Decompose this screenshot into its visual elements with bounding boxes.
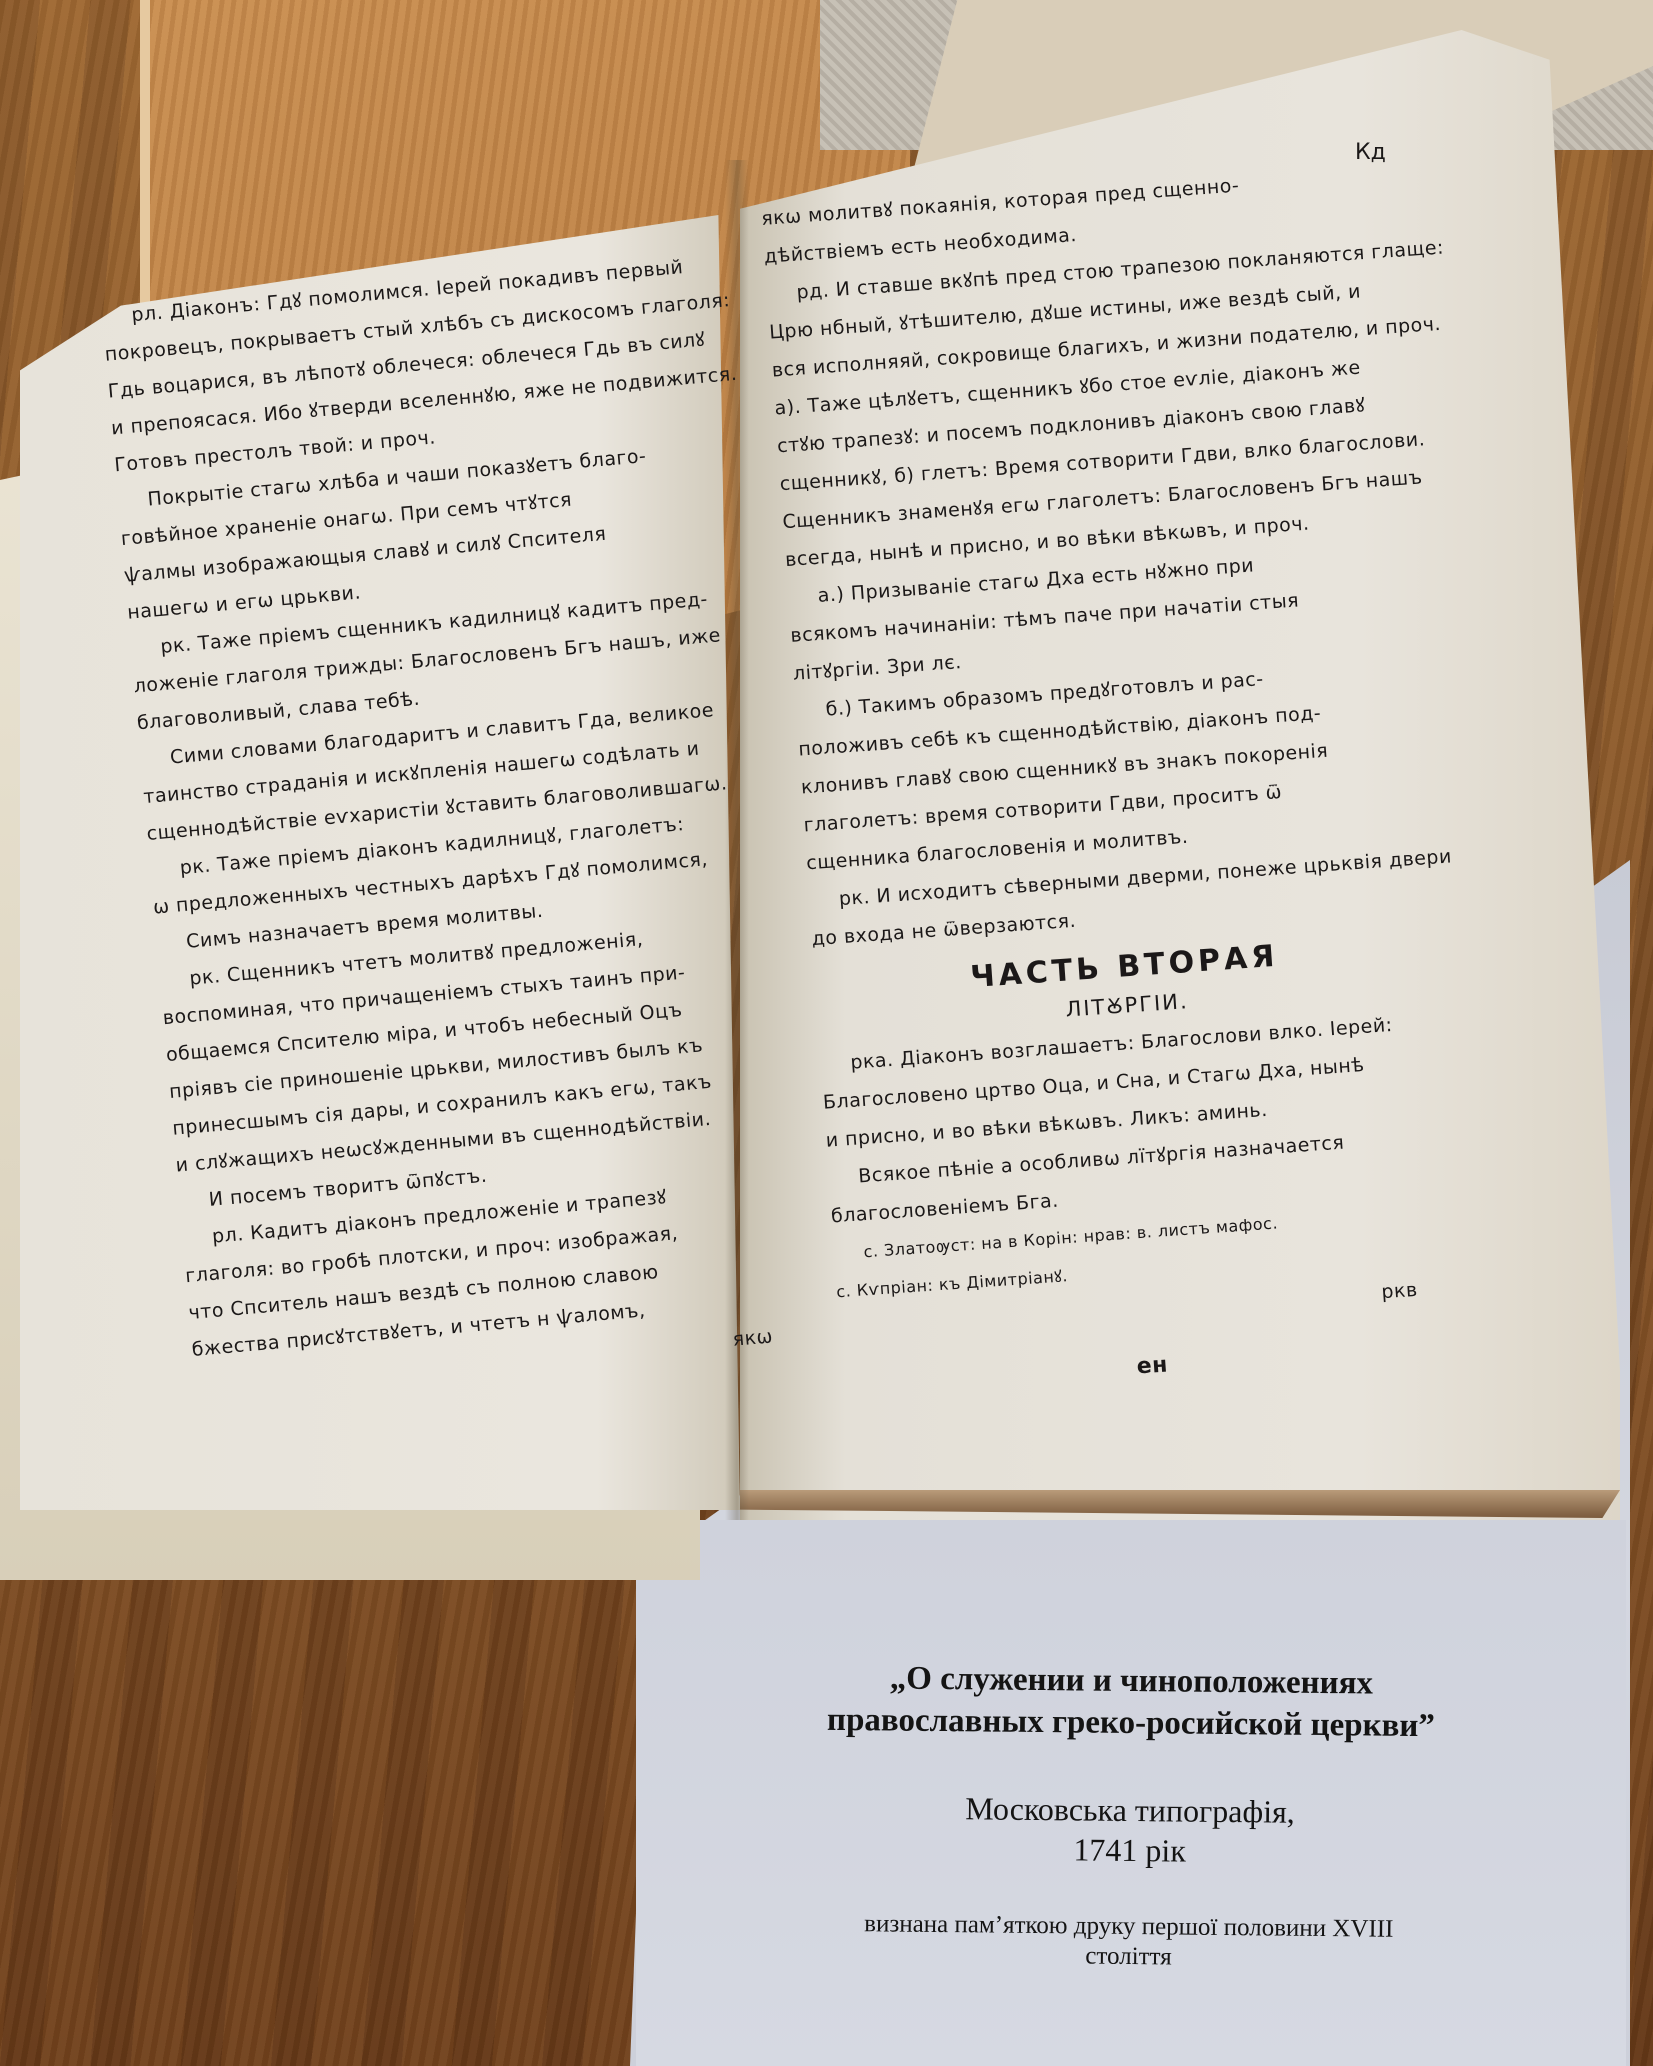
label-title-line-2: православных греко-росийской церкви” bbox=[641, 1697, 1621, 1749]
right-page-text: якѡ молитвꙋ покаянія, которая пред сщенн… bbox=[760, 157, 1463, 1407]
exhibit-label: „О служении и чиноположениях православны… bbox=[638, 1655, 1621, 1977]
left-page-text: рл. Діаконъ: Гдꙋ помолимся. Іерей покади… bbox=[100, 246, 814, 1406]
